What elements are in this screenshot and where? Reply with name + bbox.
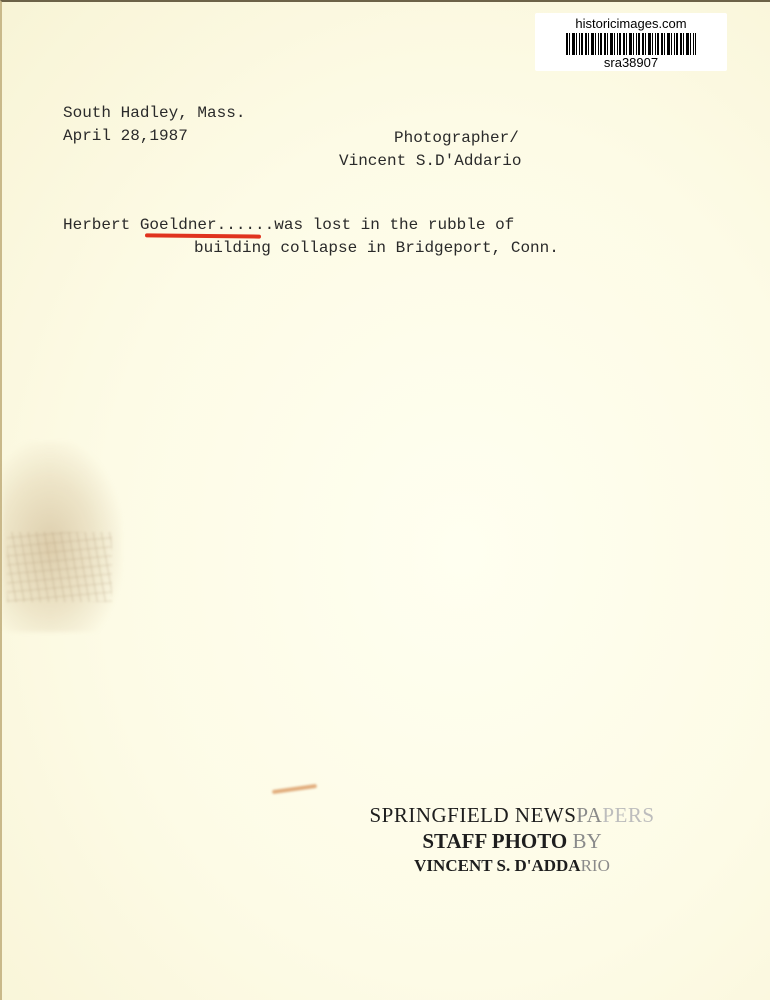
- stamp-line-1-faded: PA: [576, 803, 602, 827]
- barcode-icon: [566, 33, 696, 55]
- caption-date: April 28,1987: [63, 125, 188, 148]
- archive-label: historicimages.com sra38907: [535, 13, 727, 71]
- archive-site-name: historicimages.com: [535, 16, 727, 31]
- stamp-line-3-faded: RIO: [581, 856, 610, 875]
- caption-location: South Hadley, Mass.: [63, 102, 245, 125]
- subject-surname: Goeldner: [140, 216, 217, 234]
- caption-line-1-rest: ......was lost in the rubble of: [217, 216, 515, 234]
- caption-line-2: building collapse in Bridgeport, Conn.: [194, 237, 559, 260]
- caption-line-1: Herbert Goeldner......was lost in the ru…: [63, 214, 514, 237]
- stamp-line-1-text: SPRINGFIELD NEWS: [369, 803, 576, 827]
- photographer-label: Photographer/: [394, 127, 519, 150]
- photo-back-page: historicimages.com sra38907 South Hadley…: [0, 0, 770, 1000]
- stamp-line-3: VINCENT S. D'ADDARIO: [342, 854, 682, 878]
- subject-first-name: Herbert: [63, 216, 140, 234]
- photographer-name: Vincent S.D'Addario: [339, 150, 521, 173]
- archive-code: sra38907: [535, 56, 727, 70]
- stamp-line-3-text: VINCENT S. D'ADDA: [414, 856, 580, 875]
- stamp-line-1-faint: PERS: [602, 803, 654, 827]
- orange-smear-mark: [272, 784, 317, 794]
- stamp-line-2-faded: BY: [572, 829, 601, 853]
- paper-stain-texture: [7, 532, 112, 602]
- stamp-line-2-text: STAFF PHOTO: [422, 829, 572, 853]
- newspaper-stamp: SPRINGFIELD NEWSPAPERS STAFF PHOTO BY VI…: [342, 802, 682, 878]
- stamp-line-1: SPRINGFIELD NEWSPAPERS: [342, 802, 682, 828]
- stamp-line-2: STAFF PHOTO BY: [342, 828, 682, 854]
